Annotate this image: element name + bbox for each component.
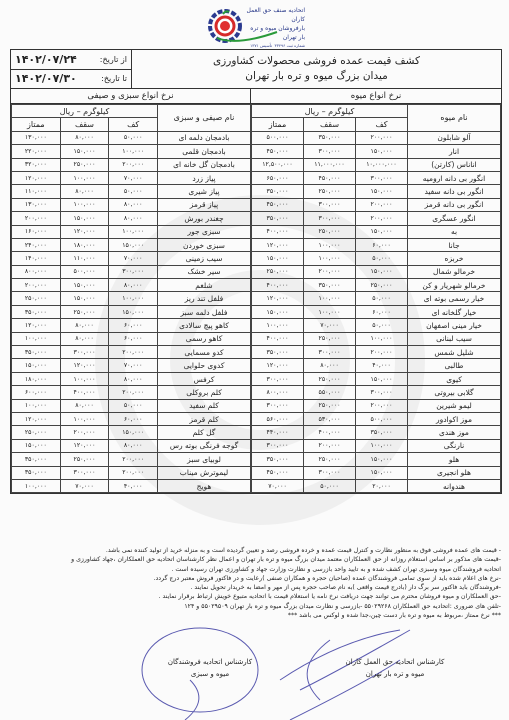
name-cell: بادمجان قلمی [158,145,251,158]
table-row: ۱۵۰,۰۰۰۱۲۰,۰۰۰۸۰,۰۰۰گوجه فرنگی بوته رس [12,439,251,452]
name-cell: انگور بی دانه سفید [408,185,501,198]
min-cell: ۶۰,۰۰۰ [356,305,408,318]
table-row: ۴۵۰,۰۰۰۳۰۰,۰۰۰۱۵۰,۰۰۰انار [252,145,501,158]
table-row: ۱۲۰,۰۰۰۸۰,۰۰۰۴۰,۰۰۰طالبی [252,359,501,372]
premium-cell: ۳۵۰,۰۰۰ [12,305,61,318]
table-row: ۴۰۰,۰۰۰۲۵۰,۰۰۰۱۵۰,۰۰۰به [252,225,501,238]
premium-cell: ۱۰۰,۰۰۰ [12,479,61,492]
name-cell: فلفل دلمه سبز [158,305,251,318]
premium-cell: ۳۲۰,۰۰۰ [12,158,61,171]
max-cell: ۲۵۰,۰۰۰ [60,305,109,318]
min-cell: ۵۰,۰۰۰ [109,185,158,198]
min-cell: ۱۵۰,۰۰۰ [109,426,158,439]
fruit-table-body: ۵۰۰,۰۰۰۳۵۰,۰۰۰۲۰۰,۰۰۰آلو شابلون۴۵۰,۰۰۰۳۰… [252,131,501,493]
name-cell: خیار مینی اصفهان [408,319,501,332]
max-cell: ۱۸۰,۰۰۰ [60,238,109,251]
min-cell: ۶۰,۰۰۰ [109,319,158,332]
name-cell: آلو شابلون [408,131,501,144]
max-cell: ۱۵۰,۰۰۰ [60,279,109,292]
name-cell: سیب لبنانی [408,332,501,345]
premium-cell: ۴۴۰,۰۰۰ [252,426,304,439]
signature-block-sellers: کارشناس اتحادیه فروشندگان میوه و سبزی [150,656,270,680]
price-table-frame: از تاریخ: ۱۴۰۲/۰۷/۲۴ تا تاریخ: ۱۴۰۲/۰۷/۳… [10,49,502,494]
premium-cell: ۱۸۰,۰۰۰ [12,372,61,385]
table-row: ۲۵۰,۰۰۰۲۰۰,۰۰۰۱۵۰,۰۰۰گل کلم [12,426,251,439]
premium-cell: ۲۰۰,۰۰۰ [12,279,61,292]
table-row: ۴۴۰,۰۰۰۴۰۰,۰۰۰۳۵۰,۰۰۰موز هندی [252,426,501,439]
min-cell: ۷۰,۰۰۰ [109,171,158,184]
premium-cell: ۱۵۰,۰۰۰ [252,305,304,318]
table-row: ۵۰۰,۰۰۰۳۵۰,۰۰۰۲۰۰,۰۰۰آلو شابلون [252,131,501,144]
premium-cell: ۳۵۰,۰۰۰ [12,453,61,466]
max-cell: ۵۳۰,۰۰۰ [304,412,356,425]
table-row: ۱۳۰,۰۰۰۸۰,۰۰۰۵۰,۰۰۰بادمجان دلمه ای [12,131,251,144]
max-cell: ۲۵۰,۰۰۰ [304,185,356,198]
min-cell: ۲۰۰,۰۰۰ [356,346,408,359]
title-line1: کشف قیمت عمده فروشی محصولات کشاورزی [132,54,501,69]
name-cell: کاهو رسمی [158,332,251,345]
table-row: ۱۲۰,۰۰۰۱۰۰,۰۰۰۶۰,۰۰۰کلم قرمز [12,412,251,425]
to-date-row: تا تاریخ: ۱۴۰۲/۰۷/۳۰ [11,70,131,89]
name-cell: انگور عسگری [408,212,501,225]
max-cell: ۱۵۰,۰۰۰ [60,145,109,158]
premium-cell: ۱۲۰,۰۰۰ [12,319,61,332]
name-cell: هلو انجیری [408,466,501,479]
max-cell: ۱۵۰,۰۰۰ [60,292,109,305]
table-row: ۳۵۰,۰۰۰۳۰۰,۰۰۰۲۰۰,۰۰۰انگور عسگری [252,212,501,225]
premium-cell: ۱۳۰,۰۰۰ [12,131,61,144]
max-cell: ۱۲۰,۰۰۰ [60,225,109,238]
max-cell: ۲۰۰,۰۰۰ [304,265,356,278]
name-cell: طالبی [408,359,501,372]
max-cell: ۴۰۰,۰۰۰ [304,426,356,439]
table-row: ۵۶۰,۰۰۰۵۳۰,۰۰۰۵۰۰,۰۰۰موز اکوادور [252,412,501,425]
max-cell: ۸۰,۰۰۰ [304,359,356,372]
fruit-name-header: نام میوه [408,105,501,132]
table-row: ۳۵۰,۰۰۰۳۰۰,۰۰۰۲۰۰,۰۰۰لیموترش میناب [12,466,251,479]
name-cell: خرمالو شهریار و کن [408,279,501,292]
premium-cell: ۴۵۰,۰۰۰ [252,145,304,158]
fruit-unit-header: کیلوگرم – ریال [252,105,408,118]
from-date-row: از تاریخ: ۱۴۰۲/۰۷/۲۴ [11,50,131,70]
min-cell: ۲۰۰,۰۰۰ [109,453,158,466]
name-cell: گلابی بیروتی [408,386,501,399]
premium-cell: ۲۵۰,۰۰۰ [12,426,61,439]
min-cell: ۶۰,۰۰۰ [109,332,158,345]
premium-cell: ۲۴۰,۰۰۰ [12,238,61,251]
table-row: ۱۲۰,۰۰۰۱۰۰,۰۰۰۶۰,۰۰۰جانا [252,238,501,251]
max-cell: ۱۰۰,۰۰۰ [60,412,109,425]
max-cell: ۱۰۰,۰۰۰ [304,238,356,251]
max-cell: ۳۰۰,۰۰۰ [304,198,356,211]
name-cell: انار [408,145,501,158]
table-row: ۸۰۰,۰۰۰۵۰۰,۰۰۰۳۰۰,۰۰۰سیر خشک [12,265,251,278]
name-cell: لوبیای سبز [158,453,251,466]
min-cell: ۱۰,۰۰۰,۰۰۰ [356,158,408,171]
premium-cell: ۲۲۰,۰۰۰ [12,145,61,158]
premium-cell: ۶۵۰,۰۰۰ [252,171,304,184]
logo-line2: بارفروشان میوه و تره بار تهران [245,24,305,42]
max-cell: ۲۵۰,۰۰۰ [304,332,356,345]
min-cell: ۴۰,۰۰۰ [109,479,158,492]
table-row: ۳۵۰,۰۰۰۲۵۰,۰۰۰۱۵۰,۰۰۰فلفل دلمه سبز [12,305,251,318]
veg-unit-header: کیلوگرم – ریال [12,105,158,118]
name-cell: کدوی حلوایی [158,359,251,372]
max-cell: ۸۰,۰۰۰ [60,332,109,345]
min-cell: ۱۵۰,۰۰۰ [356,453,408,466]
min-cell: ۷۰,۰۰۰ [109,252,158,265]
date-range: از تاریخ: ۱۴۰۲/۰۷/۲۴ تا تاریخ: ۱۴۰۲/۰۷/۳… [11,50,132,88]
fruit-price-table: کیلوگرم – ریال نام میوه ممتاز سقف کف ۵۰۰… [251,104,501,493]
name-cell: بادمجان دلمه ای [158,131,251,144]
min-cell: ۵۰,۰۰۰ [109,399,158,412]
max-cell: ۱۰۰,۰۰۰ [60,198,109,211]
page-title: کشف قیمت عمده فروشی محصولات کشاورزی میدا… [132,50,501,88]
table-row: ۷۰,۰۰۰۵۰,۰۰۰۲۰,۰۰۰هندوانه [252,479,501,492]
min-cell: ۱۵۰,۰۰۰ [356,145,408,158]
name-cell: نارنگی [408,439,501,452]
from-date-label: از تاریخ: [100,55,127,64]
max-cell: ۳۰۰,۰۰۰ [304,145,356,158]
table-row: ۳۰۰,۰۰۰۲۵۰,۰۰۰۲۰۰,۰۰۰لیمو شیرین [252,399,501,412]
max-cell: ۳۰۰,۰۰۰ [304,346,356,359]
veg-name-header: نام صیفی و سبزی [158,105,251,132]
min-cell: ۱۰۰,۰۰۰ [356,332,408,345]
max-cell: ۳۵۰,۰۰۰ [304,279,356,292]
min-cell: ۲۵۰,۰۰۰ [356,279,408,292]
max-cell: ۵۵۰,۰۰۰ [304,386,356,399]
max-cell: ۷۰,۰۰۰ [304,319,356,332]
table-row: ۱۰۰,۰۰۰۷۰,۰۰۰۴۰,۰۰۰هویج [12,479,251,492]
name-cell: گوجه فرنگی بوته رس [158,439,251,452]
name-cell: کرفس [158,372,251,385]
min-cell: ۳۰۰,۰۰۰ [356,171,408,184]
name-cell: بادمجان گل خانه ای [158,158,251,171]
min-cell: ۶۰,۰۰۰ [356,238,408,251]
name-cell: شلغم [158,279,251,292]
premium-cell: ۴۰۰,۰۰۰ [252,332,304,345]
premium-cell: ۲۵۰,۰۰۰ [252,265,304,278]
fruit-min-header: کف [356,118,408,131]
table-row: ۳۲۰,۰۰۰۲۵۰,۰۰۰۲۰۰,۰۰۰بادمجان گل خانه ای [12,158,251,171]
max-cell: ۲۰۰,۰۰۰ [304,439,356,452]
table-row: ۱۲۰,۰۰۰۱۰۰,۰۰۰۵۰,۰۰۰خیار رسمی بوته ای [252,292,501,305]
table-row: ۱۰۰,۰۰۰۸۰,۰۰۰۵۰,۰۰۰کلم سفید [12,399,251,412]
name-cell: لیمو شیرین [408,399,501,412]
min-cell: ۷۰,۰۰۰ [109,359,158,372]
premium-cell: ۷۰,۰۰۰ [252,479,304,492]
table-row: ۲۵۰,۰۰۰۲۰۰,۰۰۰۱۵۰,۰۰۰خرمالو شمال [252,265,501,278]
max-cell: ۳۰۰,۰۰۰ [304,212,356,225]
name-cell: خیار گلخانه ای [408,305,501,318]
name-cell: خرمالو شمال [408,265,501,278]
max-cell: ۳۵۰,۰۰۰ [304,131,356,144]
premium-cell: ۴۰۰,۰۰۰ [252,279,304,292]
veg-premium-header: ممتاز [12,118,61,131]
premium-cell: ۱۰۰,۰۰۰ [12,332,61,345]
premium-cell: ۱۰۰,۰۰۰ [252,319,304,332]
max-cell: ۵۰,۰۰۰ [304,479,356,492]
premium-cell: ۳۰۰,۰۰۰ [252,439,304,452]
min-cell: ۱۰۰,۰۰۰ [109,292,158,305]
min-cell: ۳۰۰,۰۰۰ [356,386,408,399]
premium-cell: ۱۶۰,۰۰۰ [12,225,61,238]
min-cell: ۸۰,۰۰۰ [109,279,158,292]
to-date-value: ۱۴۰۲/۰۷/۳۰ [15,72,77,85]
premium-cell: ۱۲۰,۰۰۰ [12,171,61,184]
name-cell: پیاز شیری [158,185,251,198]
table-row: ۲۰۰,۰۰۰۱۵۰,۰۰۰۸۰,۰۰۰شلغم [12,279,251,292]
table-row: ۶۵۰,۰۰۰۴۵۰,۰۰۰۳۰۰,۰۰۰انگور بی دانه ارومی… [252,171,501,184]
name-cell: هویج [158,479,251,492]
name-cell: جانا [408,238,501,251]
min-cell: ۳۰۰,۰۰۰ [109,265,158,278]
veg-section-title: نرخ انواع سبزی و صیفی [11,89,251,103]
note: -قیمت های مذکور بر اساس استعلام روزانه ا… [8,555,501,564]
max-cell: ۱۲۰,۰۰۰ [60,439,109,452]
premium-cell: ۱۴۰,۰۰۰ [12,252,61,265]
table-row: ۴۰۰,۰۰۰۲۵۰,۰۰۰۱۰۰,۰۰۰سیب لبنانی [252,332,501,345]
min-cell: ۲۰۰,۰۰۰ [356,198,408,211]
table-row: ۱۵۰,۰۰۰۱۲۰,۰۰۰۷۰,۰۰۰کدوی حلوایی [12,359,251,372]
table-row: ۴۵۰,۰۰۰۳۰۰,۰۰۰۱۵۰,۰۰۰هلو انجیری [252,466,501,479]
min-cell: ۸۰,۰۰۰ [109,372,158,385]
premium-cell: ۳۵۰,۰۰۰ [12,466,61,479]
max-cell: ۱۲۰,۰۰۰ [60,359,109,372]
max-cell: ۸۰,۰۰۰ [60,185,109,198]
price-sheet-page: اتحادیه صنف حق العمل کاران بارفروشان میو… [0,0,509,720]
premium-cell: ۸۰۰,۰۰۰ [12,265,61,278]
premium-cell: ۱۲۰,۰۰۰ [252,238,304,251]
premium-cell: ۱۲,۵۰۰,۰۰۰ [252,158,304,171]
table-row: ۴۰۰,۰۰۰۳۵۰,۰۰۰۲۵۰,۰۰۰خرمالو شهریار و کن [252,279,501,292]
name-cell: سیر خشک [158,265,251,278]
table-row: ۱۵۰,۰۰۰۱۰۰,۰۰۰۶۰,۰۰۰خیار گلخانه ای [252,305,501,318]
min-cell: ۵۰,۰۰۰ [356,252,408,265]
veg-min-header: کف [109,118,158,131]
premium-cell: ۲۰۰,۰۰۰ [12,212,61,225]
note: -حق العملکاران و میوه فروشان محترم می تو… [8,592,501,601]
name-cell: کیوی [408,372,501,385]
premium-cell: ۳۵۰,۰۰۰ [252,212,304,225]
max-cell: ۸۰,۰۰۰ [60,319,109,332]
max-cell: ۲۰۰,۰۰۰ [60,426,109,439]
fruit-max-header: سقف [304,118,356,131]
min-cell: ۵۰۰,۰۰۰ [356,412,408,425]
min-cell: ۱۵۰,۰۰۰ [356,185,408,198]
max-cell: ۱۱,۰۰۰,۰۰۰ [304,158,356,171]
max-cell: ۴۰۰,۰۰۰ [60,386,109,399]
table-row: ۱۰۰,۰۰۰۸۰,۰۰۰۶۰,۰۰۰کاهو رسمی [12,332,251,345]
name-cell: انگور بی دانه قرمز [408,198,501,211]
name-cell: سبزی خوردن [158,238,251,251]
premium-cell: ۱۵۰,۰۰۰ [12,439,61,452]
max-cell: ۵۰۰,۰۰۰ [60,265,109,278]
max-cell: ۲۵۰,۰۰۰ [304,225,356,238]
min-cell: ۱۰۰,۰۰۰ [109,225,158,238]
name-cell: پیاز قرمز [158,198,251,211]
name-cell: سبزی جور [158,225,251,238]
title-line2: میدان بزرگ میوه و تره بار تهران [132,69,501,84]
name-cell: پیاز زرد [158,171,251,184]
min-cell: ۲۰۰,۰۰۰ [109,386,158,399]
name-cell: هندوانه [408,479,501,492]
min-cell: ۶۰,۰۰۰ [109,412,158,425]
name-cell: به [408,225,501,238]
min-cell: ۲۰۰,۰۰۰ [109,158,158,171]
name-cell: خیار رسمی بوته ای [408,292,501,305]
note: اتحادیه فروشندگان میوه وسبزی تهران کشف ش… [8,565,501,574]
max-cell: ۷۰,۰۰۰ [60,479,109,492]
premium-cell: ۲۵۰,۰۰۰ [12,292,61,305]
min-cell: ۲۰۰,۰۰۰ [356,399,408,412]
table-row: ۳۵۰,۰۰۰۳۰۰,۰۰۰۲۰۰,۰۰۰شلیل شمس [252,346,501,359]
signature-subtitle: میوه و تره بار تهران [335,668,455,680]
name-cell: موز هندی [408,426,501,439]
to-date-label: تا تاریخ: [101,74,127,83]
min-cell: ۲۰۰,۰۰۰ [109,466,158,479]
min-cell: ۵۰,۰۰۰ [109,131,158,144]
max-cell: ۱۰۰,۰۰۰ [304,305,356,318]
premium-cell: ۱۳۰,۰۰۰ [12,198,61,211]
name-cell: سیب زمینی [158,252,251,265]
table-row: ۱۳۰,۰۰۰۱۰۰,۰۰۰۸۰,۰۰۰پیاز قرمز [12,198,251,211]
max-cell: ۳۰۰,۰۰۰ [304,466,356,479]
veg-max-header: سقف [60,118,109,131]
min-cell: ۲۰,۰۰۰ [356,479,408,492]
table-row: ۴۵۰,۰۰۰۳۰۰,۰۰۰۲۰۰,۰۰۰انگور بی دانه قرمز [252,198,501,211]
max-cell: ۲۵۰,۰۰۰ [304,453,356,466]
max-cell: ۱۰۰,۰۰۰ [304,292,356,305]
premium-cell: ۵۶۰,۰۰۰ [252,412,304,425]
table-row: ۳۵۰,۰۰۰۲۵۰,۰۰۰۲۰۰,۰۰۰لوبیای سبز [12,453,251,466]
name-cell: اناناس (کارتن) [408,158,501,171]
table-row: ۱۵۰,۰۰۰۱۰۰,۰۰۰۵۰,۰۰۰خربزه [252,252,501,265]
premium-cell: ۵۰۰,۰۰۰ [252,131,304,144]
table-row: ۸۰۰,۰۰۰۵۵۰,۰۰۰۳۰۰,۰۰۰گلابی بیروتی [252,386,501,399]
max-cell: ۳۰۰,۰۰۰ [60,346,109,359]
name-cell: خربزه [408,252,501,265]
note: -فروشندگان باید فاکتور سر برگ دار (بادرج… [8,583,501,592]
table-row: ۳۰۰,۰۰۰۲۵۰,۰۰۰۱۵۰,۰۰۰کیوی [252,372,501,385]
table-row: ۱۲۰,۰۰۰۸۰,۰۰۰۶۰,۰۰۰کاهو پیچ سالادی [12,319,251,332]
table-row: ۳۰۰,۰۰۰۲۰۰,۰۰۰۱۰۰,۰۰۰نارنگی [252,439,501,452]
name-cell: فلفل تند ریز [158,292,251,305]
table-row: ۱۸۰,۰۰۰۱۰۰,۰۰۰۸۰,۰۰۰کرفس [12,372,251,385]
premium-cell: ۳۵۰,۰۰۰ [252,185,304,198]
fruit-section-title: نرخ انواع میوه [251,89,501,103]
table-row: ۲۲۰,۰۰۰۱۵۰,۰۰۰۱۰۰,۰۰۰بادمجان قلمی [12,145,251,158]
min-cell: ۲۰۰,۰۰۰ [356,212,408,225]
fruit-premium-header: ممتاز [252,118,304,131]
premium-cell: ۶۰۰,۰۰۰ [12,386,61,399]
name-cell: موز اکوادور [408,412,501,425]
table-row: ۱۰۰,۰۰۰۷۰,۰۰۰۵۰,۰۰۰خیار مینی اصفهان [252,319,501,332]
max-cell: ۱۰۰,۰۰۰ [60,171,109,184]
premium-cell: ۳۵۰,۰۰۰ [252,346,304,359]
premium-cell: ۱۲۰,۰۰۰ [252,292,304,305]
table-row: ۱۴۰,۰۰۰۱۱۰,۰۰۰۷۰,۰۰۰سیب زمینی [12,252,251,265]
table-row: ۲۵۰,۰۰۰۱۵۰,۰۰۰۱۰۰,۰۰۰فلفل تند ریز [12,292,251,305]
name-cell: انگور بی دانه ارومیه [408,171,501,184]
name-cell: کاهو پیچ سالادی [158,319,251,332]
name-cell: لیموترش میناب [158,466,251,479]
min-cell: ۵۰,۰۰۰ [356,292,408,305]
veg-table-body: ۱۳۰,۰۰۰۸۰,۰۰۰۵۰,۰۰۰بادمجان دلمه ای۲۲۰,۰۰… [12,131,251,493]
name-cell: کلم قرمز [158,412,251,425]
table-row: ۱۱۰,۰۰۰۸۰,۰۰۰۵۰,۰۰۰پیاز شیری [12,185,251,198]
min-cell: ۸۰,۰۰۰ [109,198,158,211]
min-cell: ۱۵۰,۰۰۰ [356,265,408,278]
table-row: ۳۵۰,۰۰۰۳۰۰,۰۰۰۲۰۰,۰۰۰کدو مسمایی [12,346,251,359]
max-cell: ۴۵۰,۰۰۰ [304,171,356,184]
min-cell: ۸۰,۰۰۰ [109,212,158,225]
table-row: ۶۰۰,۰۰۰۴۰۰,۰۰۰۲۰۰,۰۰۰کلم بروکلی [12,386,251,399]
name-cell: کدو مسمایی [158,346,251,359]
max-cell: ۲۵۰,۰۰۰ [304,399,356,412]
max-cell: ۳۰۰,۰۰۰ [60,466,109,479]
from-date-value: ۱۴۰۲/۰۷/۲۴ [15,53,77,66]
premium-cell: ۳۰۰,۰۰۰ [252,372,304,385]
header: از تاریخ: ۱۴۰۲/۰۷/۲۴ تا تاریخ: ۱۴۰۲/۰۷/۳… [11,50,501,89]
max-cell: ۱۰۰,۰۰۰ [60,372,109,385]
max-cell: ۱۱۰,۰۰۰ [60,252,109,265]
table-row: ۳۵۰,۰۰۰۲۵۰,۰۰۰۱۵۰,۰۰۰هلو [252,453,501,466]
name-cell: چغندر بورش [158,212,251,225]
premium-cell: ۴۰۰,۰۰۰ [252,225,304,238]
min-cell: ۵۰,۰۰۰ [356,319,408,332]
min-cell: ۱۰۰,۰۰۰ [109,145,158,158]
premium-cell: ۳۰۰,۰۰۰ [252,399,304,412]
premium-cell: ۴۵۰,۰۰۰ [252,466,304,479]
max-cell: ۱۵۰,۰۰۰ [60,212,109,225]
signature-title: کارشناس اتحادیه فروشندگان [150,656,270,668]
name-cell: کلم بروکلی [158,386,251,399]
table-row: ۲۰۰,۰۰۰۱۵۰,۰۰۰۸۰,۰۰۰چغندر بورش [12,212,251,225]
signature-block-commission-agents: کارشناس اتحادیه حق العمل کاران میوه و تر… [335,656,455,680]
name-cell: هلو [408,453,501,466]
logo-text: اتحادیه صنف حق العمل کاران بارفروشان میو… [245,6,305,50]
premium-cell: ۱۲۰,۰۰۰ [252,359,304,372]
name-cell: شلیل شمس [408,346,501,359]
min-cell: ۴۰,۰۰۰ [356,359,408,372]
section-titles: نرخ انواع سبزی و صیفی نرخ انواع میوه [11,89,501,104]
note: - قیمت های عمده فروشی فوق به منظور نظارت… [8,546,501,555]
premium-cell: ۳۵۰,۰۰۰ [252,453,304,466]
min-cell: ۱۵۰,۰۰۰ [356,225,408,238]
premium-cell: ۱۵۰,۰۰۰ [252,252,304,265]
table-row: ۱۲,۵۰۰,۰۰۰۱۱,۰۰۰,۰۰۰۱۰,۰۰۰,۰۰۰اناناس (کا… [252,158,501,171]
min-cell: ۲۰۰,۰۰۰ [109,346,158,359]
max-cell: ۸۰,۰۰۰ [60,131,109,144]
name-cell: کلم سفید [158,399,251,412]
logo-line1: اتحادیه صنف حق العمل کاران [245,6,305,24]
premium-cell: ۴۵۰,۰۰۰ [252,198,304,211]
min-cell: ۲۰۰,۰۰۰ [356,131,408,144]
min-cell: ۳۵۰,۰۰۰ [356,426,408,439]
min-cell: ۱۵۰,۰۰۰ [109,305,158,318]
max-cell: ۱۰۰,۰۰۰ [304,252,356,265]
signature-subtitle: میوه و سبزی [150,668,270,680]
premium-cell: ۱۵۰,۰۰۰ [12,359,61,372]
max-cell: ۲۵۰,۰۰۰ [60,158,109,171]
premium-cell: ۱۰۰,۰۰۰ [12,399,61,412]
table-row: ۲۴۰,۰۰۰۱۸۰,۰۰۰۱۵۰,۰۰۰سبزی خوردن [12,238,251,251]
min-cell: ۱۵۰,۰۰۰ [109,238,158,251]
min-cell: ۱۵۰,۰۰۰ [356,466,408,479]
min-cell: ۸۰,۰۰۰ [109,439,158,452]
premium-cell: ۸۰۰,۰۰۰ [252,386,304,399]
